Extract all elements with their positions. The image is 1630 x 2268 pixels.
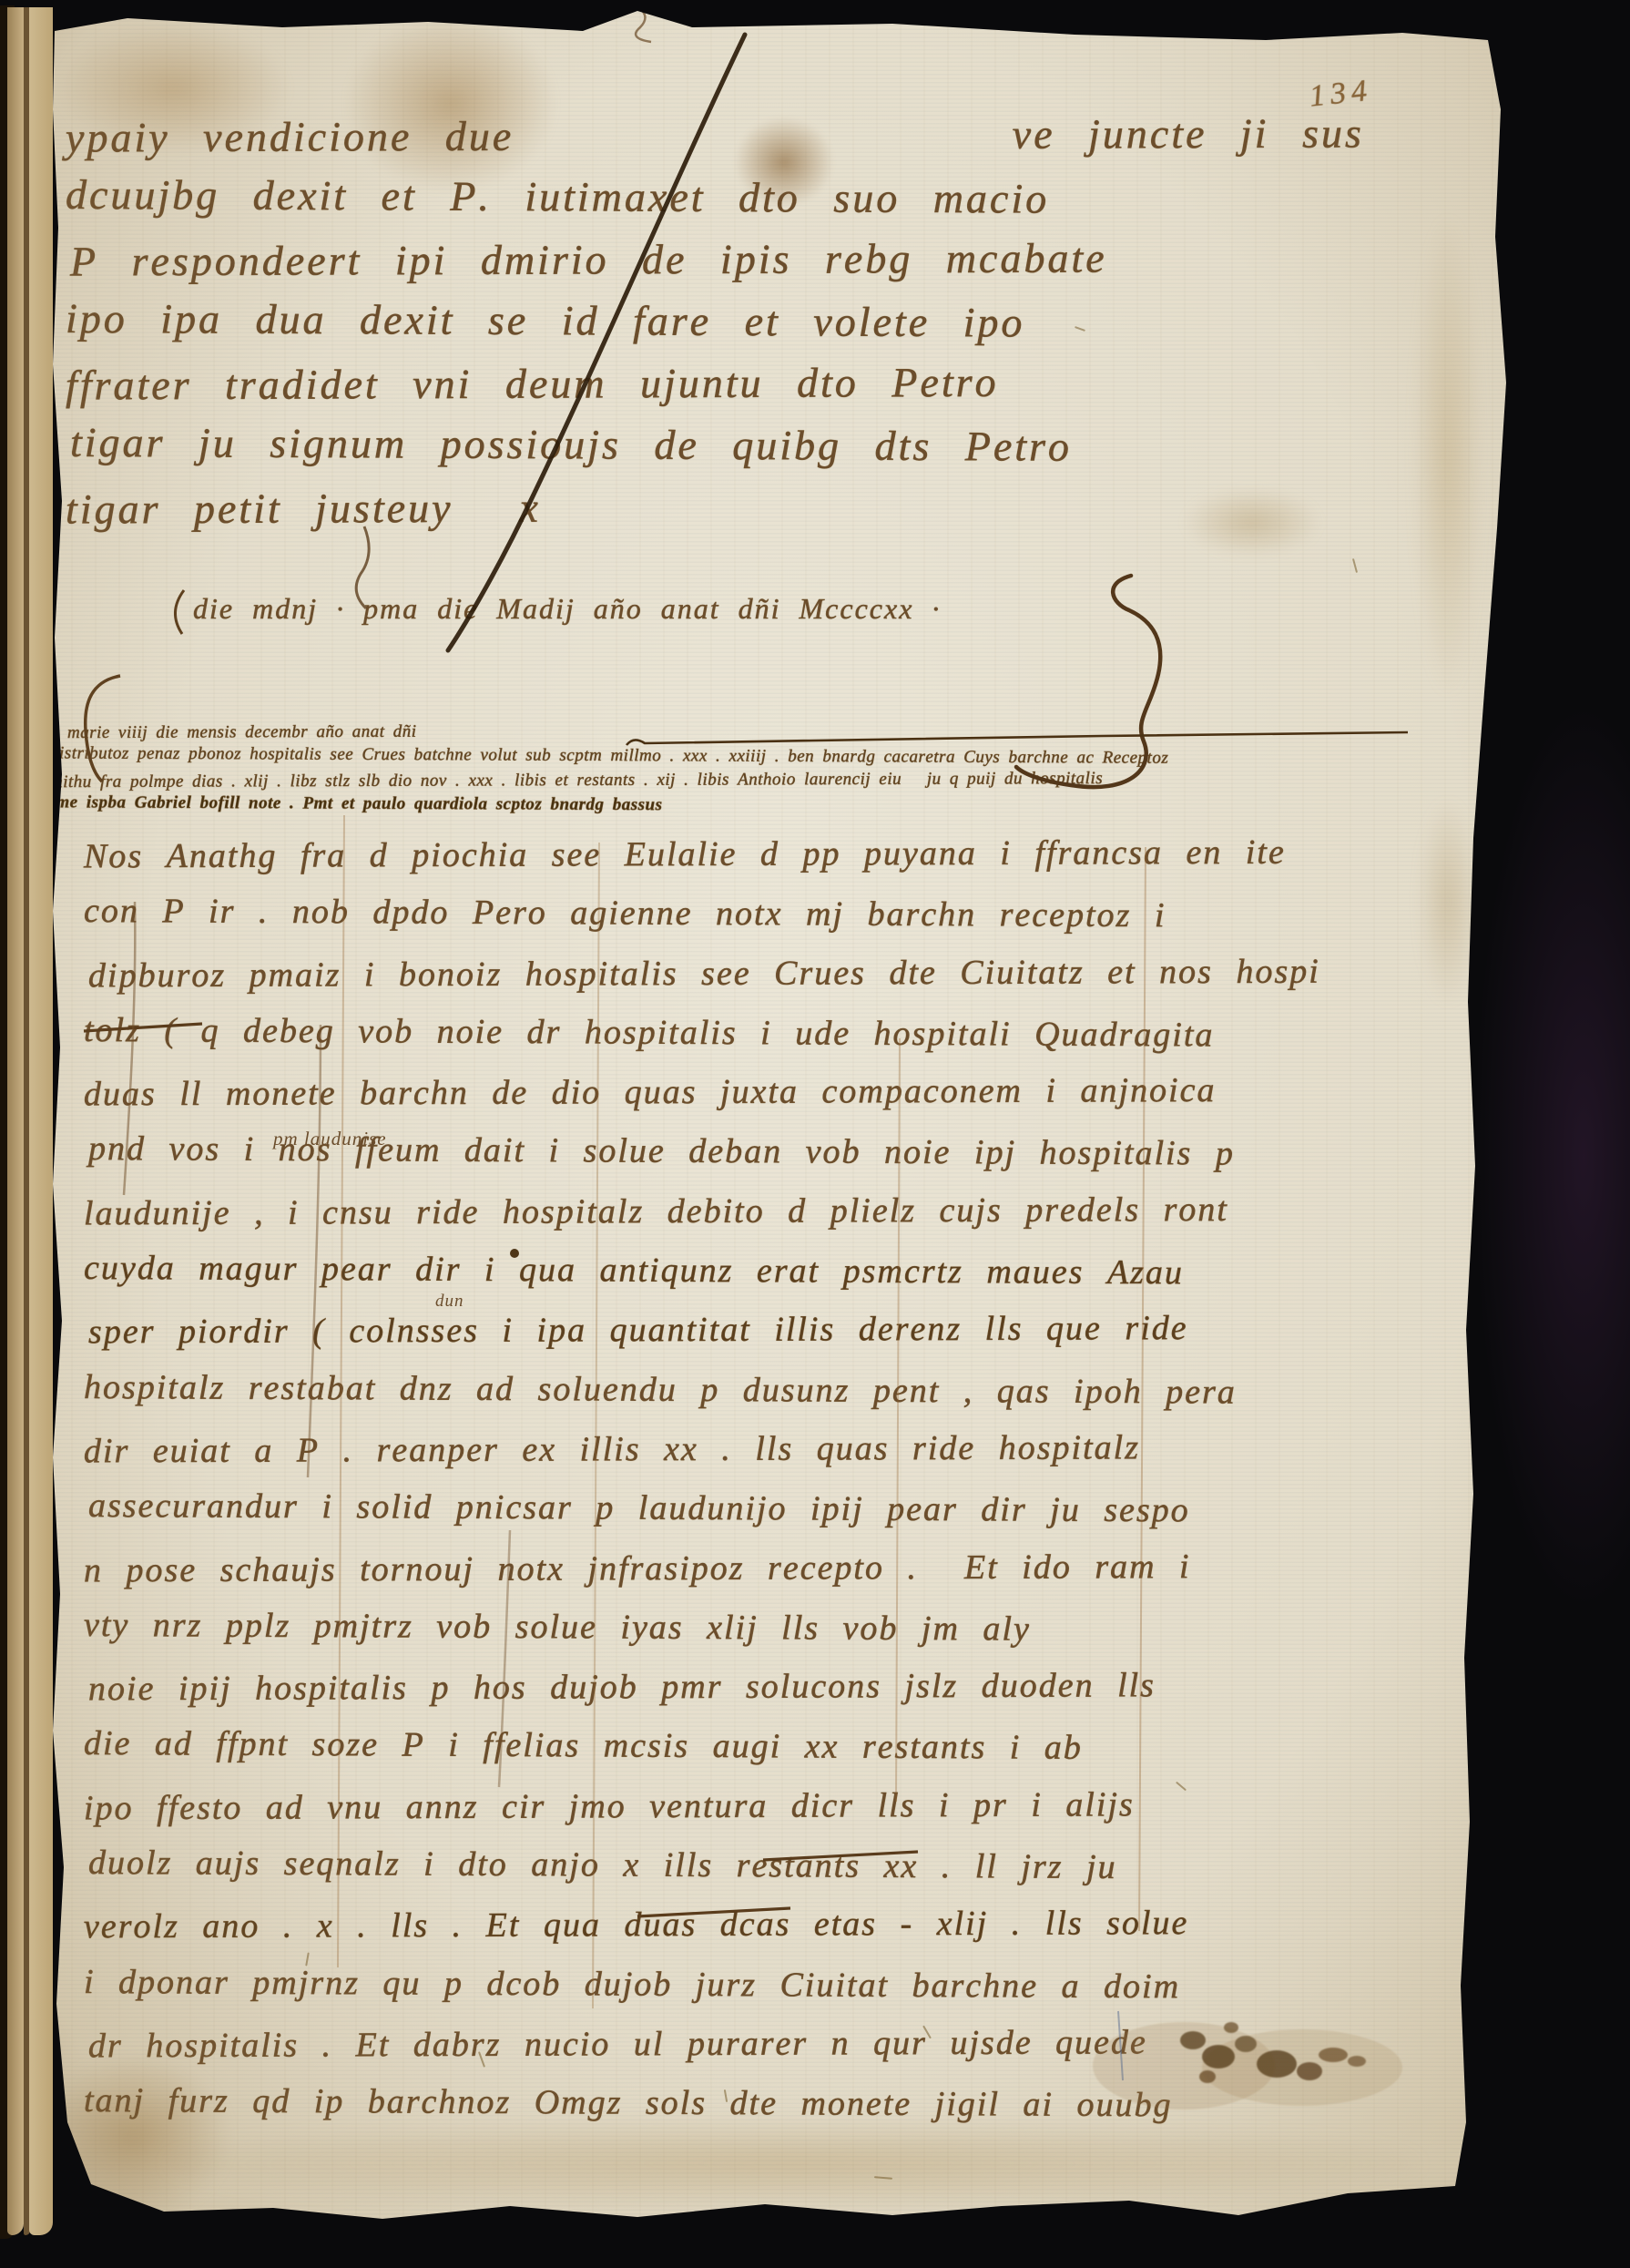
text-line: laudunije , i cnsu ride hospitalz debito…: [84, 1181, 1320, 1245]
date-heading: die mdnj · pma die Madij año anat dñi Mc…: [193, 592, 941, 626]
flourish: [633, 4, 651, 42]
text-line: ypaiy vendicione due ve juncte ji sus: [66, 106, 1364, 172]
text-line: dipburoz pmaiz i bonoiz hospitalis see C…: [88, 944, 1320, 1007]
text-line: i dponar pmjrnz qu p dcob dujob jurz Ciu…: [84, 1955, 1320, 2019]
text-line: duas ll monete barchn de dio quas juxta …: [84, 1063, 1320, 1127]
text-line: n pose schaujs tornouj notx jnfrasipoz r…: [84, 1538, 1320, 1602]
text-line: P me ispba Gabriel bofill note . Pmt et …: [36, 791, 1168, 820]
body-text: Nos Anathg fra d piochia see Eulalie d p…: [84, 827, 1320, 2136]
text-line: tanj furz qd ip barchnoz Omgz sols dte m…: [84, 2073, 1320, 2138]
text-line: dcuujbg dexit et P. iutimaxet dto suo ma…: [66, 167, 1364, 234]
text-line: noie ipij hospitalis p hos dujob pmr sol…: [88, 1658, 1320, 1721]
text-line: P respondeert ipi dmirio de ipis rebg mc…: [70, 230, 1364, 296]
flourish: [175, 590, 184, 634]
text-line: tigar petit justeuy x: [66, 477, 1364, 544]
text-line: cuyda magur pear dir i qua antiqunz erat…: [84, 1241, 1320, 1305]
under-page-edge: [29, 7, 53, 2235]
marginal-note-block: die marie viiij die mensis decembr año a…: [36, 720, 1168, 818]
interlinear-insertion: dun: [435, 1292, 464, 1312]
text-line: tolz ( q debeg vob noie dr hospitalis i …: [84, 1003, 1320, 1068]
text-line: assecurandur i solid pnicsar p laudunijo…: [88, 1478, 1320, 1543]
photograph-backdrop: 134 ypaiy vendicione due ve juncte ji su…: [0, 0, 1630, 2268]
text-line: ipo ipa dua dexit se id fare et volete i…: [66, 291, 1364, 358]
text-line: Nos Anathg fra d piochia see Eulalie d p…: [84, 825, 1320, 889]
text-line: hospitalz restabat dnz ad soluendu p dus…: [84, 1360, 1320, 1425]
text-line: ffrater tradidet vni deum ujuntu dto Pet…: [66, 353, 1364, 420]
page-stain: [1421, 802, 1475, 1002]
under-page-edge: [7, 7, 24, 2235]
backdrop-purple-tint: [1475, 710, 1630, 1603]
page-stain: [1416, 219, 1480, 692]
text-line: verolz ano . x . lls . Et qua duas dcas …: [84, 1895, 1320, 1959]
text-line: dr hospitalis . Et dabrz nucio ul purare…: [88, 2015, 1320, 2079]
text-line: sper piordir ( colnsses i ipa quantitat …: [88, 1301, 1320, 1364]
text-line: tigar ju signum possioujs de quibg dts P…: [70, 414, 1364, 482]
interlinear-insertion: pm laudunise: [273, 1128, 387, 1150]
text-line: dir euiat a P . reanper ex illis xx . ll…: [84, 1420, 1320, 1484]
text-line: vty nrz pplz pmjtrz vob solue iyas xlij …: [84, 1598, 1320, 1662]
manuscript-page: 134 ypaiy vendicione due ve juncte ji su…: [0, 0, 1630, 2268]
text-line: ipo ffesto ad vnu annz cir jmo ventura d…: [84, 1776, 1320, 1840]
text-line: die ad ffpnt soze P i ffelias mcsis augi…: [84, 1716, 1320, 1781]
text-line: con P ir . nob dpdo Pero agienne notx mj…: [84, 884, 1320, 948]
text-line: duolz aujs seqnalz i dto anjo x ills res…: [88, 1835, 1320, 1900]
opening-paragraph: ypaiy vendicione due ve juncte ji susdcu…: [66, 107, 1364, 541]
